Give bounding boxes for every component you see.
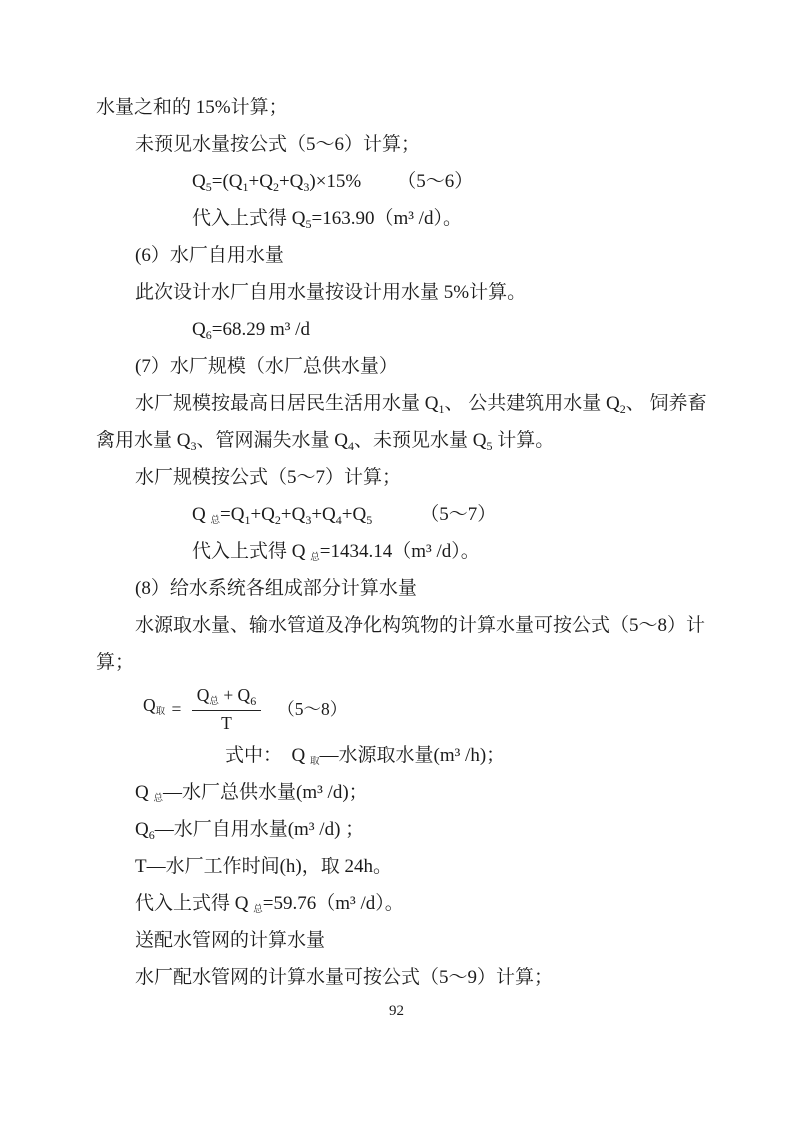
- text-segment: 、管网漏失水量 Q: [196, 430, 347, 451]
- text-segment: +Q: [250, 504, 274, 525]
- text-segment: (6）水厂自用水量: [135, 245, 284, 266]
- text-segment: )×15%: [309, 171, 361, 192]
- text-segment: 水厂配水管网的计算水量可按公式（5～9）计算；: [135, 967, 553, 988]
- text-segment: （5～7）: [420, 504, 496, 525]
- text-segment: Q: [135, 782, 153, 803]
- text-segment: 代入上式得 Q: [192, 541, 310, 562]
- text-line: Q 总—水厂总供水量(m³ /d)；: [135, 774, 708, 811]
- text-segment: =Q: [220, 504, 244, 525]
- text-segment: 水厂规模按公式（5～7）计算；: [135, 467, 401, 488]
- text-segment: 水源取水量、输水管道及净化构筑物的计算水量可按公式（5～8）计: [135, 615, 705, 636]
- text-line: Q5=(Q1+Q2+Q3)×15%（5～6）: [192, 163, 708, 200]
- text-segment: 式中： Q: [225, 745, 310, 766]
- text-segment-subcn: 总: [310, 553, 320, 563]
- page-number: 92: [0, 1003, 793, 1020]
- text-line: 水源取水量、输水管道及净化构筑物的计算水量可按公式（5～8）计: [135, 607, 708, 644]
- text-segment: （5～6）: [397, 171, 473, 192]
- text-line: 水量之和的 15%计算；: [96, 89, 708, 126]
- fraction: Q总 + Q6T: [192, 685, 261, 734]
- text-segment: 、 公共建筑用水量 Q: [444, 393, 619, 414]
- text-line: (6）水厂自用水量: [135, 237, 708, 274]
- text-segment-subcn: 取: [156, 707, 166, 717]
- text-line: 水厂规模按公式（5～7）计算；: [135, 459, 708, 496]
- text-segment-subcn: 总: [153, 794, 163, 804]
- equation-number: （5～8）: [277, 691, 347, 728]
- text-segment: Q: [192, 319, 206, 340]
- text-segment: =1434.14（m³ /d）。: [320, 541, 480, 562]
- text-line: 代入上式得 Q 总=1434.14（m³ /d）。: [192, 533, 708, 570]
- text-segment-sub: 5: [366, 513, 372, 527]
- text-line: Q 总=Q1+Q2+Q3+Q4+Q5（5～7）: [192, 496, 708, 533]
- text-segment: —水源取水量(m³ /h)；: [320, 745, 506, 766]
- text-segment: +Q: [249, 171, 273, 192]
- text-segment-sub: 6: [250, 694, 256, 708]
- text-line: 水厂配水管网的计算水量可按公式（5～9）计算；: [135, 959, 708, 996]
- document-body: 水量之和的 15%计算；未预见水量按公式（5～6）计算；Q5=(Q1+Q2+Q3…: [96, 89, 708, 996]
- text-segment: 水厂规模按最高日居民生活用水量 Q: [135, 393, 438, 414]
- text-segment: 水量之和的 15%计算；: [96, 97, 288, 118]
- text-line: 此次设计水厂自用水量按设计用水量 5%计算。: [135, 274, 708, 311]
- text-segment-subcn: 总: [253, 905, 263, 915]
- text-segment: Q: [192, 504, 210, 525]
- text-line: Q6—水厂自用水量(m³ /d) ；: [135, 811, 708, 848]
- text-segment: 计算。: [492, 430, 554, 451]
- text-line: 式中： Q 取—水源取水量(m³ /h)；: [225, 737, 708, 774]
- text-segment: Q: [143, 695, 156, 715]
- text-segment: 代入上式得 Q: [135, 893, 253, 914]
- text-segment: 算；: [96, 652, 134, 673]
- text-segment: (7）水厂规模（水厂总供水量）: [135, 356, 398, 377]
- text-segment: 、未预见水量 Q: [354, 430, 486, 451]
- text-segment: —水厂自用水量(m³ /d) ；: [155, 819, 364, 840]
- text-line: 送配水管网的计算水量: [135, 922, 708, 959]
- text-line: 水厂规模按最高日居民生活用水量 Q1、 公共建筑用水量 Q2、 饲养畜: [135, 385, 708, 422]
- text-segment: 禽用水量 Q: [96, 430, 190, 451]
- text-segment: Q: [192, 171, 206, 192]
- text-segment: T—水厂工作时间(h)，取 24h。: [135, 856, 392, 877]
- text-line: 未预见水量按公式（5～6）计算；: [135, 126, 708, 163]
- text-line: T—水厂工作时间(h)，取 24h。: [135, 848, 708, 885]
- text-line: Q6=68.29 m³ /d: [192, 311, 708, 348]
- text-segment: =68.29 m³ /d: [212, 319, 310, 340]
- text-segment: Q: [197, 685, 210, 705]
- text-segment: 未预见水量按公式（5～6）计算；: [135, 134, 420, 155]
- text-segment: Q: [135, 819, 149, 840]
- text-segment: =(Q: [212, 171, 243, 192]
- text-segment: +Q: [342, 504, 366, 525]
- text-line: 代入上式得 Q5=163.90（m³ /d）。: [192, 200, 708, 237]
- text-segment-subcn: 总: [209, 697, 219, 707]
- text-segment: + Q: [219, 685, 250, 705]
- text-line: 禽用水量 Q3、管网漏失水量 Q4、未预见水量 Q5 计算。: [96, 422, 708, 459]
- text-segment-subcn: 总: [210, 516, 220, 526]
- text-segment: 此次设计水厂自用水量按设计用水量 5%计算。: [135, 282, 526, 303]
- text-line: (7）水厂规模（水厂总供水量）: [135, 348, 708, 385]
- text-segment: +Q: [281, 504, 305, 525]
- equation-lhs: Q取: [143, 687, 165, 731]
- text-line: 算；: [96, 644, 708, 681]
- text-segment: +Q: [279, 171, 303, 192]
- text-line: 代入上式得 Q 总=59.76（m³ /d）。: [135, 885, 708, 922]
- fraction-numerator: Q总 + Q6: [192, 685, 261, 712]
- equals-sign: =: [165, 691, 188, 728]
- document-page: { "page": { "number": "92" }, "text_colo…: [0, 0, 793, 1122]
- fraction-denominator: T: [221, 711, 232, 733]
- text-segment: 送配水管网的计算水量: [135, 930, 325, 951]
- text-segment: 、 饲养畜: [626, 393, 707, 414]
- text-segment: +Q: [311, 504, 335, 525]
- equation: Q取 = Q总 + Q6T（5～8）: [143, 681, 708, 737]
- text-segment: =163.90（m³ /d）。: [311, 208, 461, 229]
- text-segment: 代入上式得 Q: [192, 208, 305, 229]
- text-segment-subcn: 取: [310, 757, 320, 767]
- text-segment: —水厂总供水量(m³ /d)；: [163, 782, 368, 803]
- text-segment: =59.76（m³ /d）。: [263, 893, 404, 914]
- text-segment: (8）给水系统各组成部分计算水量: [135, 578, 417, 599]
- text-line: (8）给水系统各组成部分计算水量: [135, 570, 708, 607]
